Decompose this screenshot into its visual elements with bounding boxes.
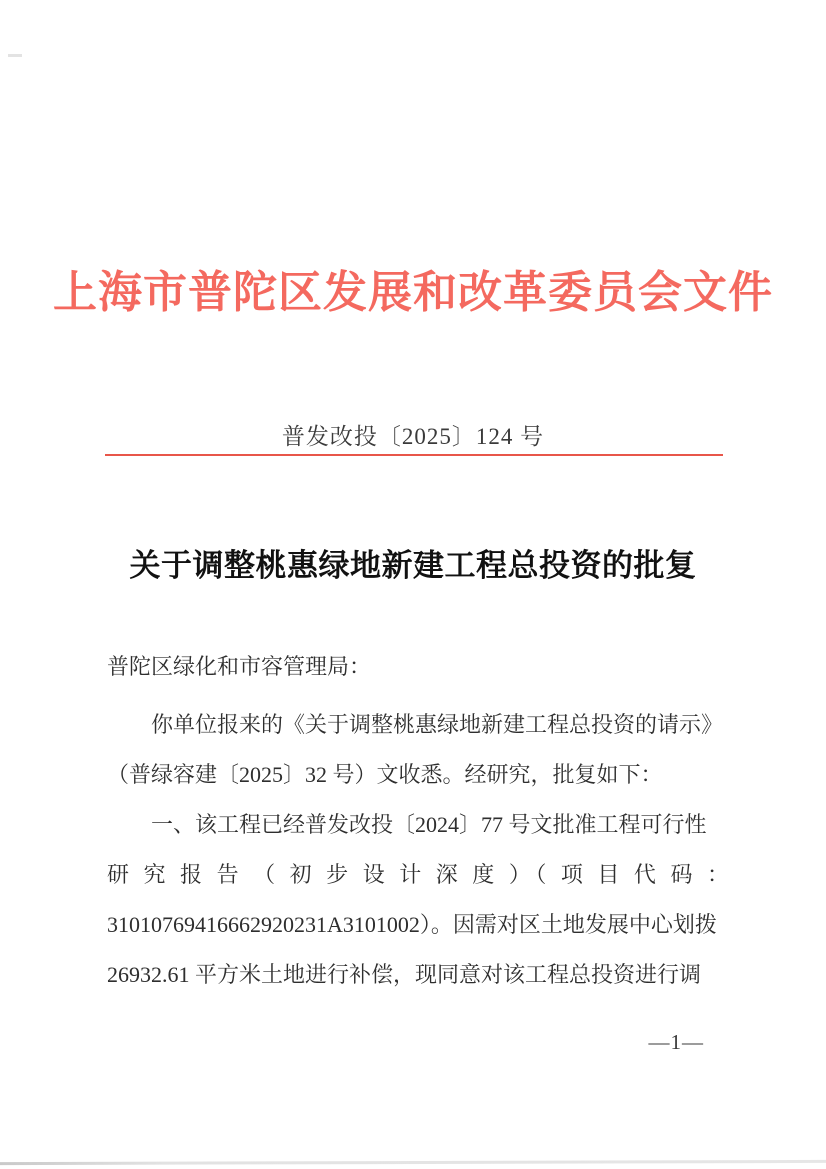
document-body: 普陀区绿化和市容管理局： 你单位报来的《关于调整桃惠绿地新建工程总投资的请示》 … (107, 642, 729, 1000)
agency-masthead-title: 上海市普陀区发展和改革委员会文件 (0, 256, 826, 320)
body-line-5: 31010769416662920231A3101002）。因需对区土地发展中心… (107, 900, 729, 950)
body-line-3: 一、该工程已经普发改投〔2024〕77 号文批准工程可行性 (107, 800, 729, 850)
recipient-line: 普陀区绿化和市容管理局： (107, 642, 729, 692)
page-number: —1— (649, 1030, 705, 1055)
body-line-6: 26932.61 平方米土地进行补偿，现同意对该工程总投资进行调 (107, 950, 729, 1000)
document-reference-number: 普发改投〔2025〕124 号 (0, 418, 826, 451)
body-line-1: 你单位报来的《关于调整桃惠绿地新建工程总投资的请示》 (107, 700, 729, 750)
body-line-4: 研 究 报 告 （ 初 步 设 计 深 度 ）（ 项 目 代 码 ： (107, 850, 729, 900)
scan-edge-bottom (0, 1160, 826, 1165)
scan-artifact-mark (8, 54, 22, 57)
official-document-page: 上海市普陀区发展和改革委员会文件 普发改投〔2025〕124 号 关于调整桃惠绿… (0, 0, 826, 1169)
red-divider-line (105, 454, 723, 456)
document-title: 关于调整桃惠绿地新建工程总投资的批复 (0, 540, 826, 585)
body-line-2: （普绿容建〔2025〕32 号）文收悉。经研究，批复如下： (107, 750, 729, 800)
